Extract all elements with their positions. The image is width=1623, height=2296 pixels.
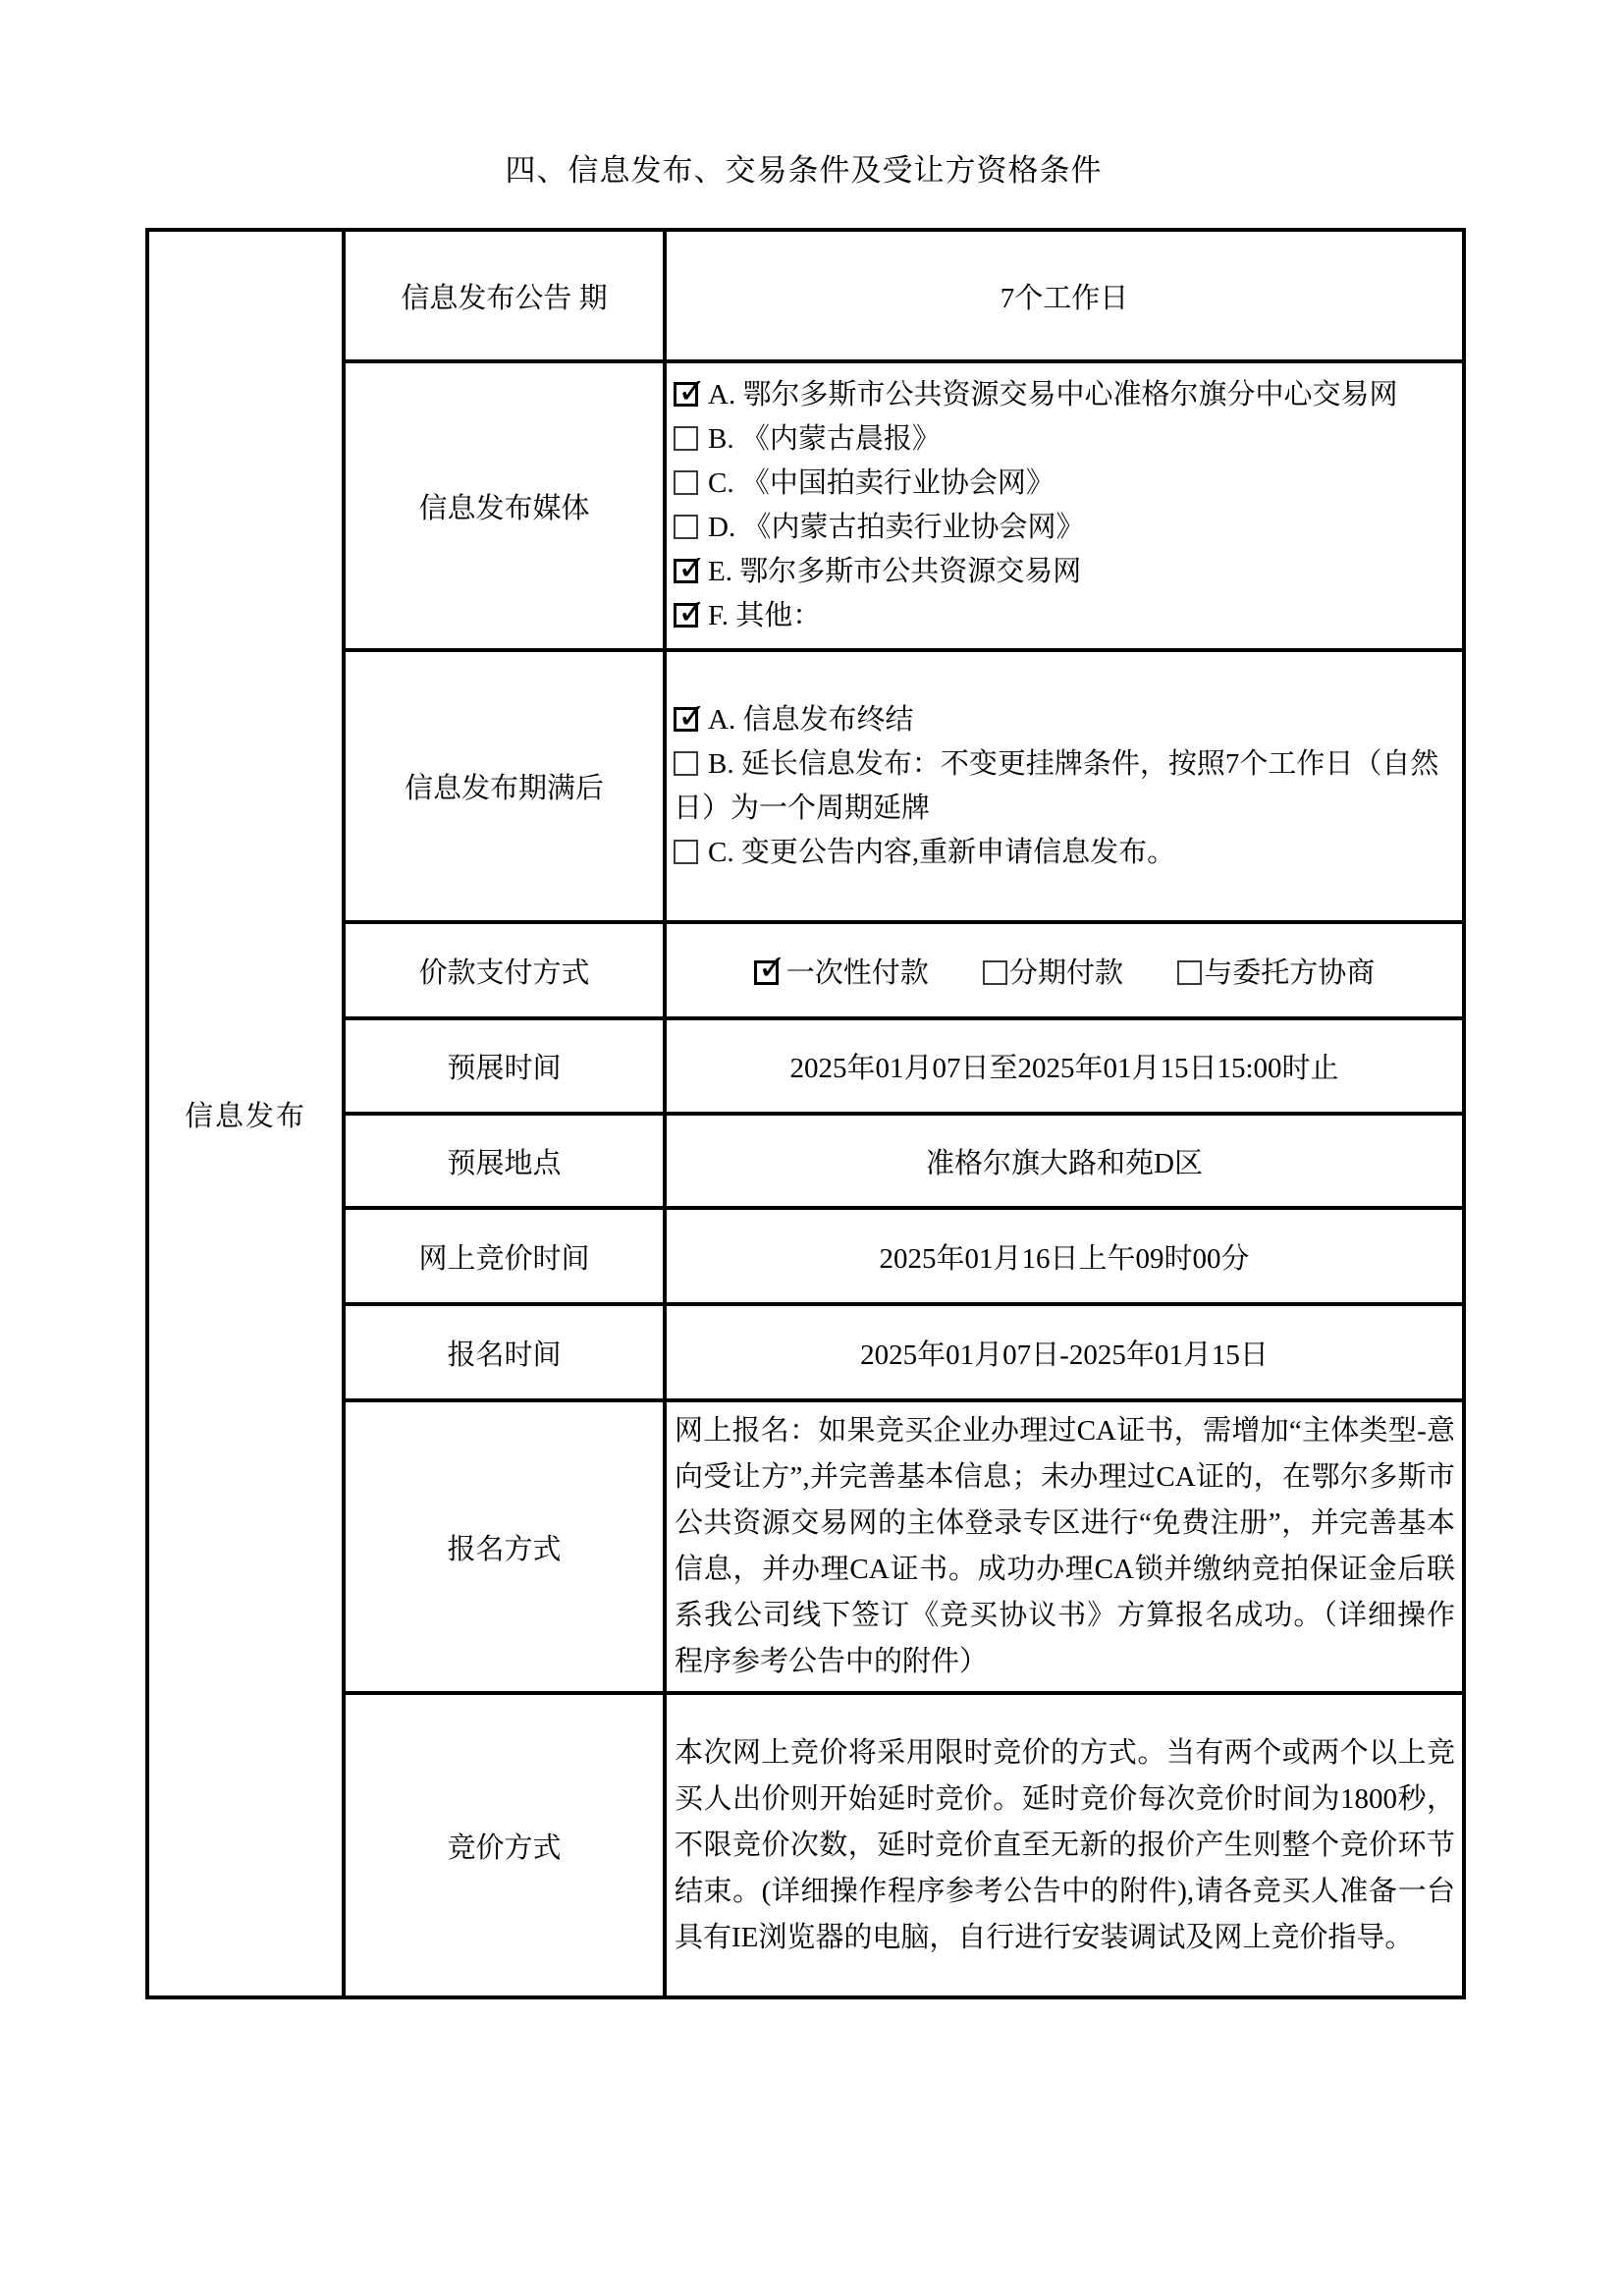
row-label: 预展时间 (344, 1018, 665, 1114)
checkbox-label: B. 《内蒙古晨报》 (708, 423, 941, 455)
info-table: 信息发布 信息发布公告 期 7个工作日 信息发布媒体 A. 鄂尔多斯市公共资源交… (145, 228, 1466, 1999)
checkbox-icon (674, 382, 698, 407)
table-row: 信息发布媒体 A. 鄂尔多斯市公共资源交易中心准格尔旗分中心交易网 B. 《内蒙… (147, 361, 1464, 650)
checkbox-icon (674, 707, 698, 732)
checkbox-icon (674, 603, 698, 628)
checkbox-icon (754, 960, 779, 985)
checkbox-icon (674, 559, 698, 583)
row-label: 预展地点 (344, 1114, 665, 1208)
table-row: 报名时间 2025年01月07日-2025年01月15日 (147, 1304, 1464, 1400)
checkbox-label: A. 鄂尔多斯市公共资源交易中心准格尔旗分中心交易网 (708, 379, 1397, 410)
checkbox-label: 分期付款 (1009, 957, 1123, 989)
row-label: 网上竞价时间 (344, 1208, 665, 1304)
checkbox-option: B. 延长信息发布：不变更挂牌条件，按照7个工作日（自然日）为一个周期延牌 (674, 742, 1454, 831)
row-value: 2025年01月07日-2025年01月15日 (665, 1304, 1464, 1400)
checkbox-option: C. 《中国拍卖行业协会网》 (674, 462, 1454, 506)
page-title: 四、信息发布、交易条件及受让方资格条件 (145, 145, 1462, 190)
row-value: 7个工作日 (665, 230, 1464, 361)
row-value: 准格尔旗大路和苑D区 (665, 1114, 1464, 1208)
group-label-cell: 信息发布 (147, 230, 344, 1997)
checkbox-option: E. 鄂尔多斯市公共资源交易网 (674, 550, 1454, 594)
checkbox-option: B. 《内蒙古晨报》 (674, 417, 1454, 462)
checkbox-option: A. 信息发布终结 (674, 698, 1454, 742)
checkbox-label: C. 《中国拍卖行业协会网》 (708, 467, 1055, 499)
table-row: 预展时间 2025年01月07日至2025年01月15日15:00时止 (147, 1018, 1464, 1114)
row-value: 2025年01月16日上午09时00分 (665, 1208, 1464, 1304)
payment-options-cell: 一次性付款 分期付款 与委托方协商 (665, 922, 1464, 1018)
checkbox-icon (674, 470, 698, 495)
checkbox-label: 与委托方协商 (1204, 957, 1375, 989)
row-value: 2025年01月07日至2025年01月15日15:00时止 (665, 1018, 1464, 1114)
checkbox-icon (1177, 960, 1202, 985)
checkbox-label: B. 延长信息发布：不变更挂牌条件，按照7个工作日（自然日）为一个周期延牌 (674, 748, 1438, 824)
checkbox-icon (674, 426, 698, 451)
checkbox-label: D. 《内蒙古拍卖行业协会网》 (708, 512, 1084, 543)
checkbox-label: A. 信息发布终结 (708, 704, 913, 736)
registration-method-text: 网上报名：如果竞买企业办理过CA证书，需增加“主体类型-意向受让方”,并完善基本… (665, 1400, 1464, 1693)
row-label: 信息发布期满后 (344, 650, 665, 922)
checkbox-icon (674, 515, 698, 539)
checkbox-label: 一次性付款 (786, 957, 929, 989)
table-row: 竞价方式 本次网上竞价将采用限时竞价的方式。当有两个或两个以上竞买人出价则开始延… (147, 1693, 1464, 1997)
table-row: 网上竞价时间 2025年01月16日上午09时00分 (147, 1208, 1464, 1304)
checkbox-icon (674, 751, 698, 776)
bidding-method-text: 本次网上竞价将采用限时竞价的方式。当有两个或两个以上竞买人出价则开始延时竞价。延… (665, 1693, 1464, 1997)
table-row: 信息发布 信息发布公告 期 7个工作日 (147, 230, 1464, 361)
row-label: 竞价方式 (344, 1693, 665, 1997)
row-label: 报名时间 (344, 1304, 665, 1400)
checkbox-icon (674, 840, 698, 864)
checkbox-option: C. 变更公告内容,重新申请信息发布。 (674, 831, 1454, 875)
checkbox-option: 与委托方协商 (1177, 951, 1375, 991)
table-row: 预展地点 准格尔旗大路和苑D区 (147, 1114, 1464, 1208)
checkbox-option: 一次性付款 (754, 951, 929, 991)
checkbox-label: E. 鄂尔多斯市公共资源交易网 (708, 556, 1081, 587)
row-label: 价款支付方式 (344, 922, 665, 1018)
checkbox-option: F. 其他： (674, 594, 1454, 638)
checkbox-label: C. 变更公告内容,重新申请信息发布。 (708, 837, 1175, 868)
row-label: 信息发布媒体 (344, 361, 665, 650)
checkbox-icon (983, 960, 1007, 985)
checkbox-option: A. 鄂尔多斯市公共资源交易中心准格尔旗分中心交易网 (674, 373, 1454, 417)
row-label: 信息发布公告 期 (344, 230, 665, 361)
after-expiry-options-cell: A. 信息发布终结 B. 延长信息发布：不变更挂牌条件，按照7个工作日（自然日）… (665, 650, 1464, 922)
checkbox-label: F. 其他： (708, 600, 821, 631)
checkbox-option: D. 《内蒙古拍卖行业协会网》 (674, 506, 1454, 550)
row-label: 报名方式 (344, 1400, 665, 1693)
table-row: 信息发布期满后 A. 信息发布终结 B. 延长信息发布：不变更挂牌条件，按照7个… (147, 650, 1464, 922)
table-row: 价款支付方式 一次性付款 分期付款 与委托方协商 (147, 922, 1464, 1018)
media-options-cell: A. 鄂尔多斯市公共资源交易中心准格尔旗分中心交易网 B. 《内蒙古晨报》 C.… (665, 361, 1464, 650)
checkbox-option: 分期付款 (983, 951, 1123, 991)
document-page: 四、信息发布、交易条件及受让方资格条件 信息发布 信息发布公告 期 7个工作日 … (0, 0, 1623, 2296)
table-row: 报名方式 网上报名：如果竞买企业办理过CA证书，需增加“主体类型-意向受让方”,… (147, 1400, 1464, 1693)
